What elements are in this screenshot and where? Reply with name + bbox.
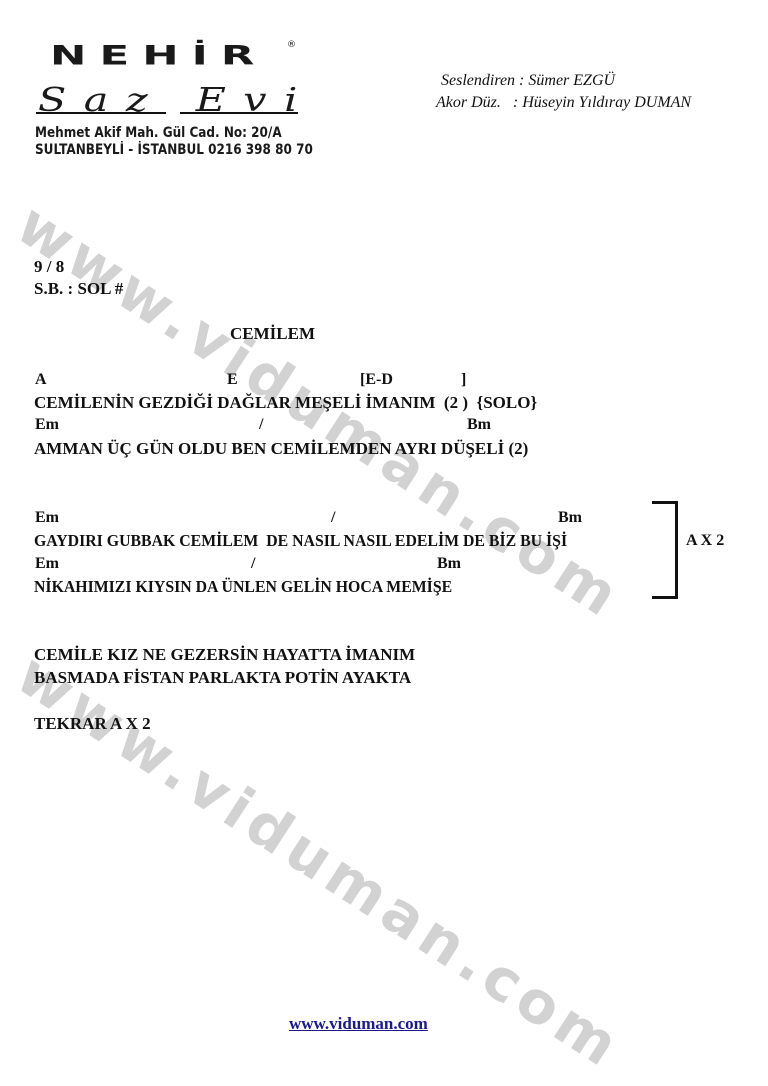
chord: Em — [35, 555, 59, 573]
lyric-line: GAYDIRI GUBBAK CEMİLEM DE NASIL NASIL ED… — [34, 531, 567, 551]
chord: E — [227, 371, 238, 389]
lyric-line: BASMADA FİSTAN PARLAKTA POTİN AYAKTA — [34, 668, 411, 688]
chord: Bm — [558, 509, 582, 527]
song-title: CEMİLEM — [230, 324, 315, 344]
chord: ] — [461, 371, 466, 389]
tuning: S.B. : SOL # — [34, 279, 123, 299]
footer-website-link[interactable]: www.viduman.com — [289, 1014, 428, 1034]
chord: / — [251, 555, 255, 573]
chord: Em — [35, 509, 59, 527]
lyric-line: NİKAHIMIZI KIYSIN DA ÜNLEN GELİN HOCA ME… — [34, 577, 452, 597]
lyric-line: AMMAN ÜÇ GÜN OLDU BEN CEMİLEMDEN AYRI DÜ… — [34, 439, 528, 459]
chord: Bm — [437, 555, 461, 573]
performer-credit: Seslendiren : Sümer EZGÜ — [441, 72, 615, 90]
chord: A — [35, 371, 47, 389]
chord: [E-D — [360, 371, 393, 389]
lyric-line: CEMİLENİN GEZDİĞİ DAĞLAR MEŞELİ İMANIM (… — [34, 393, 537, 413]
logo-underline — [36, 112, 166, 114]
chord: / — [259, 416, 263, 434]
address-line-2: SULTANBEYLİ - İSTANBUL 0216 398 80 70 — [35, 142, 313, 158]
address-line-1: Mehmet Akif Mah. Gül Cad. No: 20/A — [35, 125, 282, 141]
repeat-instruction: TEKRAR A X 2 — [34, 714, 151, 734]
chord: Em — [35, 416, 59, 434]
chord: Bm — [467, 416, 491, 434]
time-signature: 9 / 8 — [34, 257, 64, 277]
chord: / — [331, 509, 335, 527]
arranger-credit: Akor Düz. : Hüseyin Yıldıray DUMAN — [436, 94, 691, 112]
registered-mark: ® — [287, 40, 296, 50]
logo-underline — [180, 112, 298, 114]
logo-brand: NEHİR — [50, 40, 267, 72]
lyric-line: CEMİLE KIZ NE GEZERSİN HAYATTA İMANIM — [34, 645, 415, 665]
repeat-label: A X 2 — [686, 532, 724, 550]
